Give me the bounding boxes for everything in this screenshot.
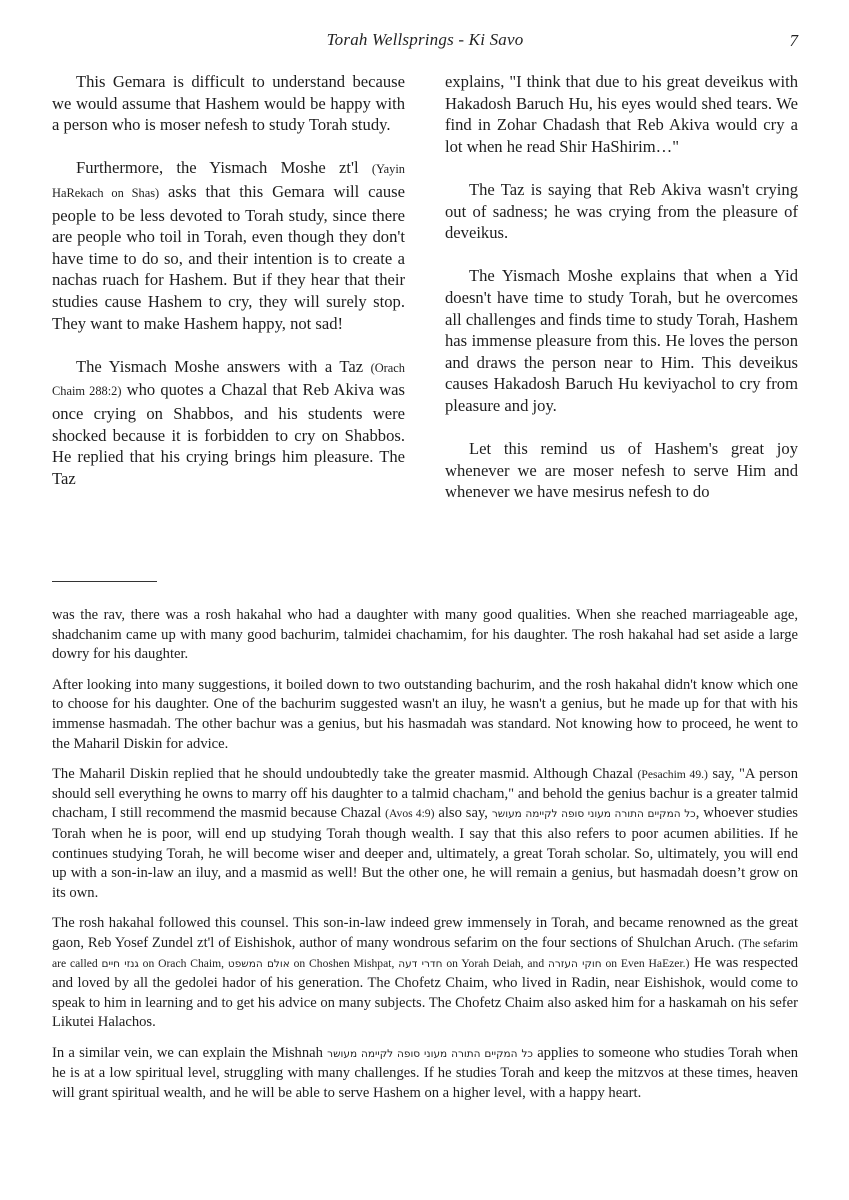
footnote-divider [52,581,157,582]
paragraph: Furthermore, the Yismach Moshe zt'l (Yay… [52,157,405,334]
note-text: on Even HaEzer.) [602,957,690,970]
source-citation: (Pesachim 49.) [638,768,708,781]
running-title: Torah Wellsprings - Ki Savo [52,30,798,50]
paragraph: The Yismach Moshe answers with a Taz (Or… [52,356,405,490]
footnote-text: The Maharil Diskin replied that he shoul… [52,766,638,782]
footnote-paragraph: In a similar vein, we can explain the Mi… [52,1044,798,1104]
paragraph: This Gemara is difficult to understand b… [52,71,405,136]
paragraph-continued: explains, "I think that due to his great… [445,71,798,157]
hebrew-sefer-title: אולם המשפט [228,958,290,970]
page-number: 7 [790,31,799,51]
footnote-text: also say, [434,805,491,821]
main-text-columns: This Gemara is difficult to understand b… [52,71,798,503]
footnote-paragraph: was the rav, there was a rosh hakahal wh… [52,606,798,665]
right-column: explains, "I think that due to his great… [445,71,798,503]
left-column: This Gemara is difficult to understand b… [52,71,405,503]
footnote-paragraph: The rosh hakahal followed this counsel. … [52,914,798,1033]
footnote-text: The rosh hakahal followed this counsel. … [52,915,798,951]
footnote-paragraph: The Maharil Diskin replied that he shoul… [52,765,798,903]
hebrew-quote: כל המקיים התורה מעוני סופה לקיימה מעושר [492,808,696,820]
paragraph-text: asks that this Gemara will cause people … [52,182,405,333]
footnote-paragraph: After looking into many suggestions, it … [52,676,798,754]
paragraph-text: Furthermore, the Yismach Moshe zt'l [76,158,372,177]
source-citation: (Avos 4:9) [385,807,434,820]
footnote-text: In a similar vein, we can explain the Mi… [52,1045,327,1061]
paragraph: Let this remind us of Hashem's great joy… [445,438,798,503]
paragraph-text: The Yismach Moshe answers with a Taz [76,357,371,376]
paragraph: The Taz is saying that Reb Akiva wasn't … [445,179,798,244]
note-text: on Orach Chaim, [139,957,228,970]
note-text: on Yorah Deiah, and [443,957,548,970]
hebrew-sefer-title: חדרי דעה [398,958,442,970]
hebrew-sefer-title: חוקי העזרה [548,958,602,970]
hebrew-quote: כל המקיים התורה מעוני סופה לקיימה מעושר [327,1048,533,1060]
footnotes: was the rav, there was a rosh hakahal wh… [52,606,798,1104]
page-header: Torah Wellsprings - Ki Savo 7 [52,30,798,56]
hebrew-sefer-title: גנזי חיים [102,958,139,970]
note-text: on Choshen Mishpat, [290,957,398,970]
paragraph: The Yismach Moshe explains that when a Y… [445,265,798,416]
